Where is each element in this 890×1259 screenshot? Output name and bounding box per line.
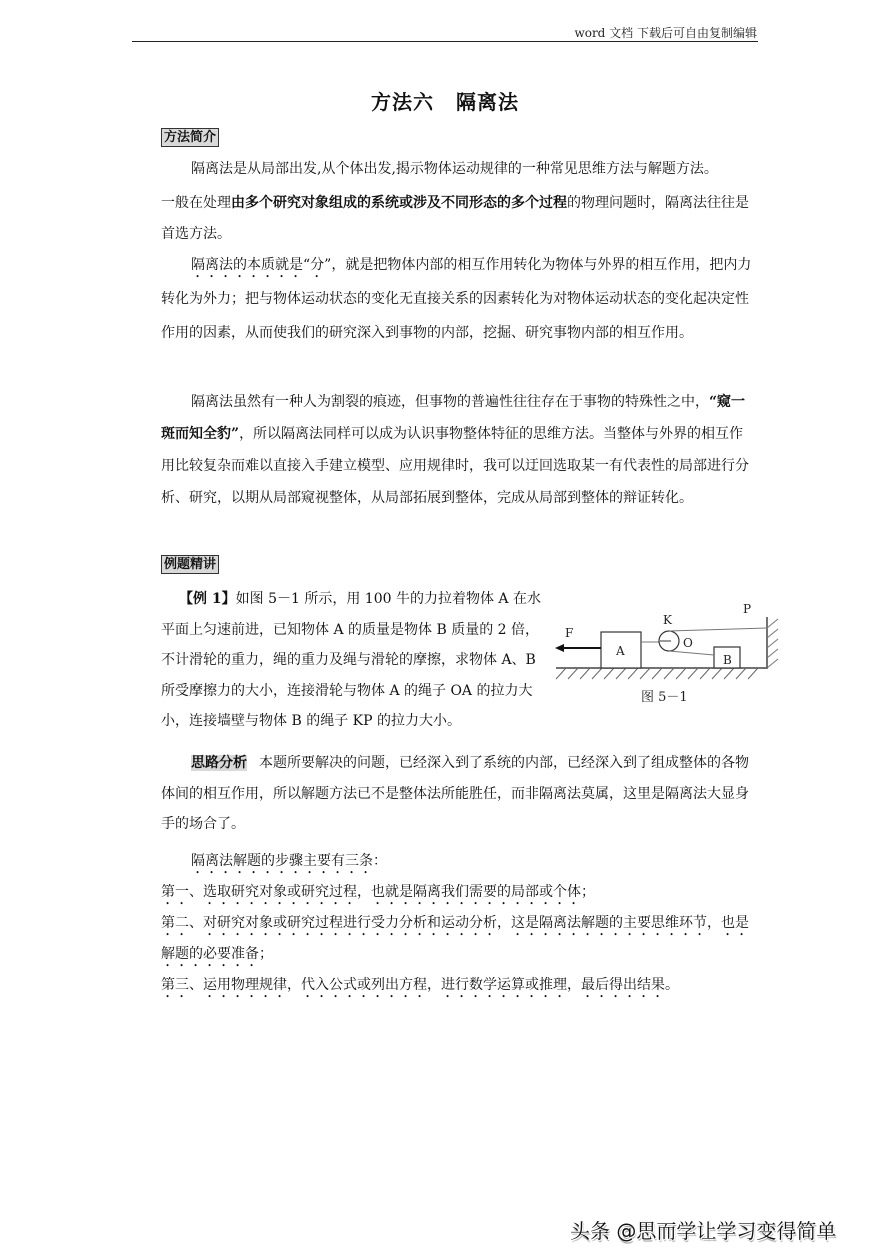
step-1: 第一、选取研究对象或研究过程，也就是隔离我们需要的局部或个体； xyxy=(161,877,761,908)
ground xyxy=(556,668,768,679)
steps-list: 隔离法解题的步骤主要有三条： 第一、选取研究对象或研究过程，也就是隔离我们需要的… xyxy=(161,846,761,1001)
watermark: 头条 @思而学让学习变得简单 xyxy=(570,1215,836,1244)
analysis-label: 思路分析 xyxy=(191,755,247,771)
figure-5-1: A B F K O P 图 5－1 xyxy=(0,0,890,1259)
force-arrow xyxy=(555,644,601,652)
step-2: 第二、对研究对象或研究过程进行受力分析和运动分析，这是隔离法解题的主要思维环节，… xyxy=(161,908,753,970)
analysis-text: 本题所要解决的问题，已经深入到了系统的内部，已经深入到了组成整体的各物体间的相互… xyxy=(161,755,749,832)
analysis-paragraph: 思路分析本题所要解决的问题，已经深入到了系统的内部，已经深入到了组成整体的各物体… xyxy=(161,748,753,840)
rope-kp xyxy=(669,628,767,631)
block-a-label: A xyxy=(615,644,625,658)
force-label: F xyxy=(565,626,573,640)
steps-intro: 隔离法解题的步骤主要有三条： xyxy=(161,846,761,877)
block-b-label: B xyxy=(723,653,732,667)
wall xyxy=(767,617,778,668)
wall-p-label: P xyxy=(743,602,751,616)
pulley-o-label: O xyxy=(683,636,693,650)
figure-caption: 图 5－1 xyxy=(641,690,688,705)
step-3: 第三、运用物理规律，代入公式或列出方程，进行数学运算或推理，最后得出结果。 xyxy=(161,970,761,1001)
rope-to-b xyxy=(669,651,714,655)
pulley-k-label: K xyxy=(663,613,673,627)
